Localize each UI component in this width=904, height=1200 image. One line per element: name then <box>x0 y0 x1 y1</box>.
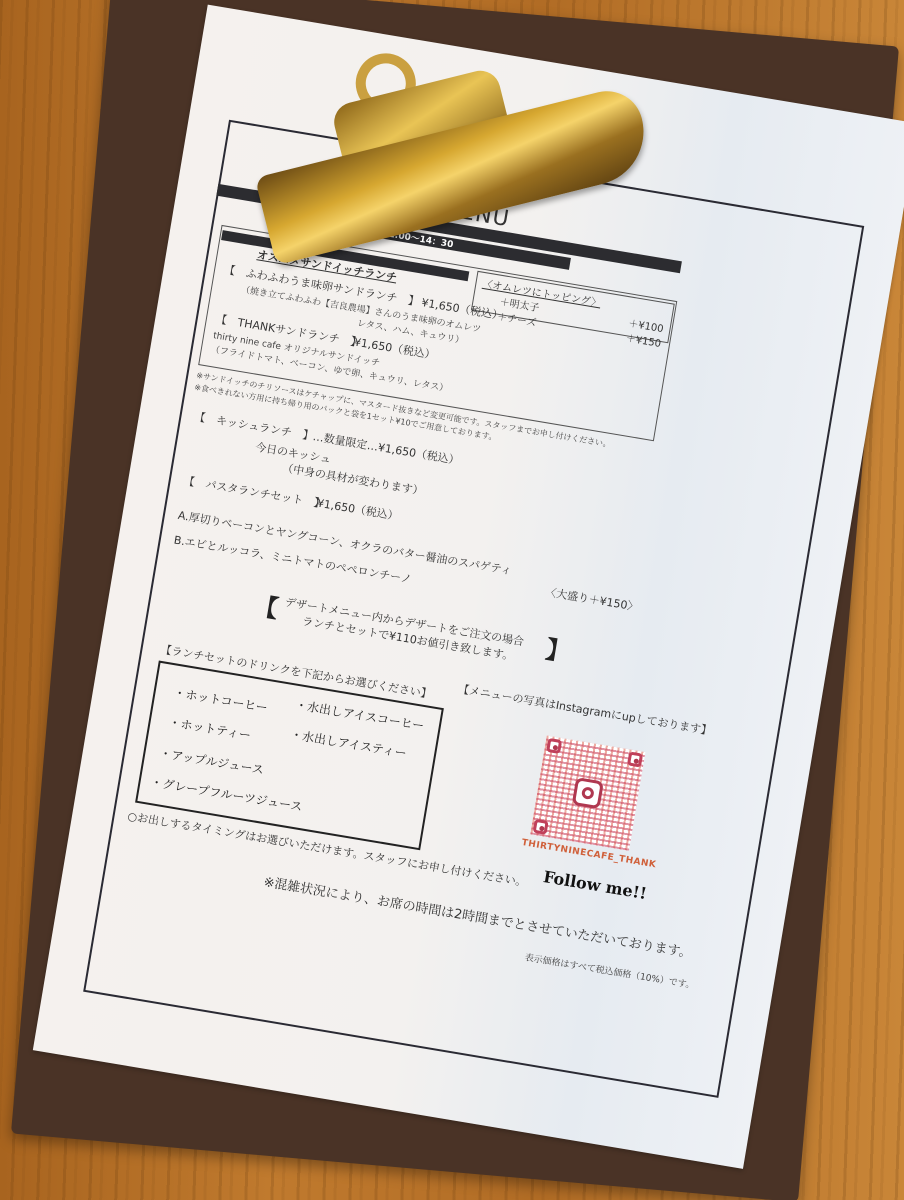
drink-item: ・水出しアイスティー <box>289 725 408 761</box>
qr-finder-icon <box>533 819 549 835</box>
drink-item: ・ホットコーヒー <box>172 684 269 716</box>
instagram-qr-code[interactable] <box>530 736 645 851</box>
qr-finder-icon <box>627 751 643 767</box>
qr-finder-icon <box>546 738 562 754</box>
instagram-icon <box>572 777 604 809</box>
drink-item: ・ホットティー <box>168 713 253 743</box>
drink-item: ・グレープフルーツジュース <box>149 773 303 815</box>
drink-item: ・アップルジュース <box>158 744 265 778</box>
